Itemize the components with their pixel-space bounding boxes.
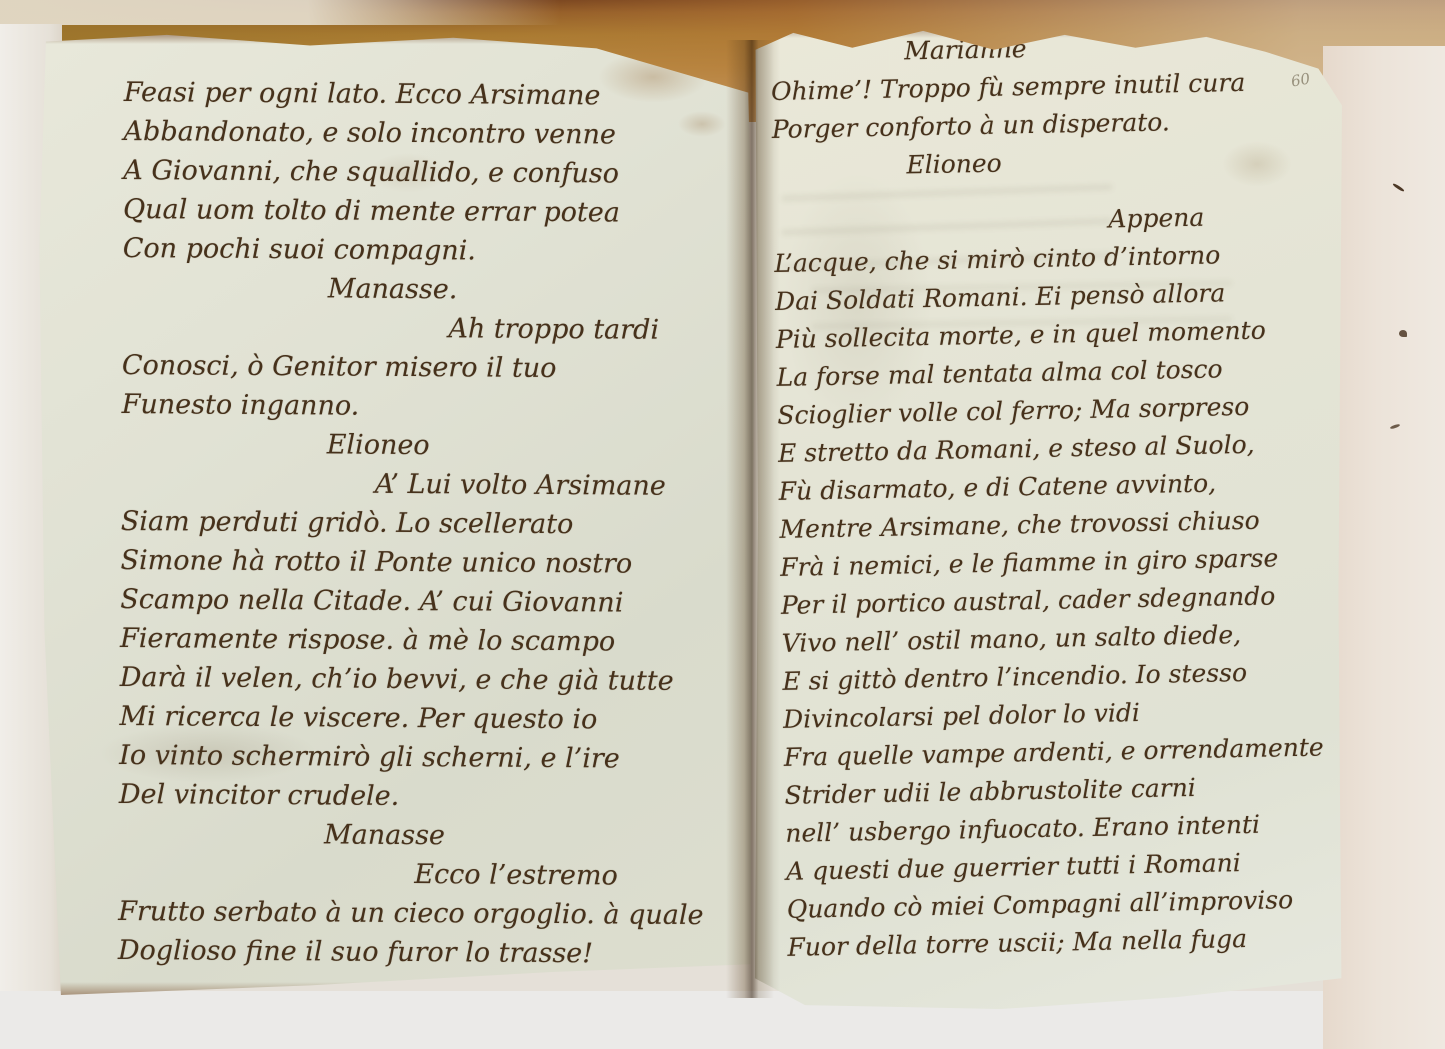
margin-ink-mark xyxy=(1399,330,1407,337)
manuscript-line: Doglioso fine il suo furor lo trasse! xyxy=(118,931,722,974)
manuscript-line: A Giovanni, che squallido, e confuso xyxy=(123,151,727,194)
left-page-text: Feasi per ogni lato. Ecco ArsimaneAbband… xyxy=(118,73,728,974)
manuscript-line: Conosci, ò Genitor misero il tuo xyxy=(122,346,726,389)
manuscript-line: Fieramente rispose. à mè lo scampo xyxy=(120,619,724,662)
manuscript-line: Ah troppo tardi xyxy=(122,307,726,350)
manuscript-line: Con pochi suoi compagni. xyxy=(123,229,727,272)
background-bottom-surface xyxy=(0,991,1445,1049)
manuscript-line: Abbandonato, e solo incontro venne xyxy=(123,112,727,155)
manuscript-line: Ecco l’estremo xyxy=(118,853,722,896)
right-page-text: MarianneOhime’! Troppo fù sempre inutil … xyxy=(770,24,1346,967)
manuscript-line: Del vincitor crudele. xyxy=(119,775,723,818)
right-page: 60 MarianneOhime’! Troppo fù sempre inut… xyxy=(752,21,1342,1013)
manuscript-line: Funesto inganno. xyxy=(122,385,726,428)
manuscript-line: Io vinto schermirò gli scherni, e l’ire xyxy=(119,736,723,779)
manuscript-line: Qual uom tolto di mente errar potea xyxy=(123,190,727,233)
background-top-strip xyxy=(0,0,560,25)
manuscript-line: Scampo nella Citade. A’ cui Giovanni xyxy=(120,580,724,623)
manuscript-line: Darà il velen, ch’io bevvi, e che già tu… xyxy=(120,658,724,701)
manuscript-line: A’ Lui volto Arsimane xyxy=(121,463,725,506)
manuscript-line: Frutto serbato à un cieco orgoglio. à qu… xyxy=(118,892,722,935)
manuscript-line: Feasi per ogni lato. Ecco Arsimane xyxy=(124,73,728,116)
manuscript-line: Manasse. xyxy=(122,268,726,311)
left-page: Feasi per ogni lato. Ecco ArsimaneAbband… xyxy=(38,33,754,995)
binding-gutter xyxy=(726,40,774,998)
manuscript-line: Elioneo xyxy=(121,424,725,467)
manuscript-line: Manasse xyxy=(119,814,723,857)
manuscript-line: Mi ricerca le viscere. Per questo io xyxy=(119,697,723,740)
manuscript-line: Siam perduti gridò. Lo scellerato xyxy=(121,502,725,545)
manuscript-photo: Feasi per ogni lato. Ecco ArsimaneAbband… xyxy=(0,0,1445,1049)
manuscript-line: Simone hà rotto il Ponte unico nostro xyxy=(120,541,724,584)
